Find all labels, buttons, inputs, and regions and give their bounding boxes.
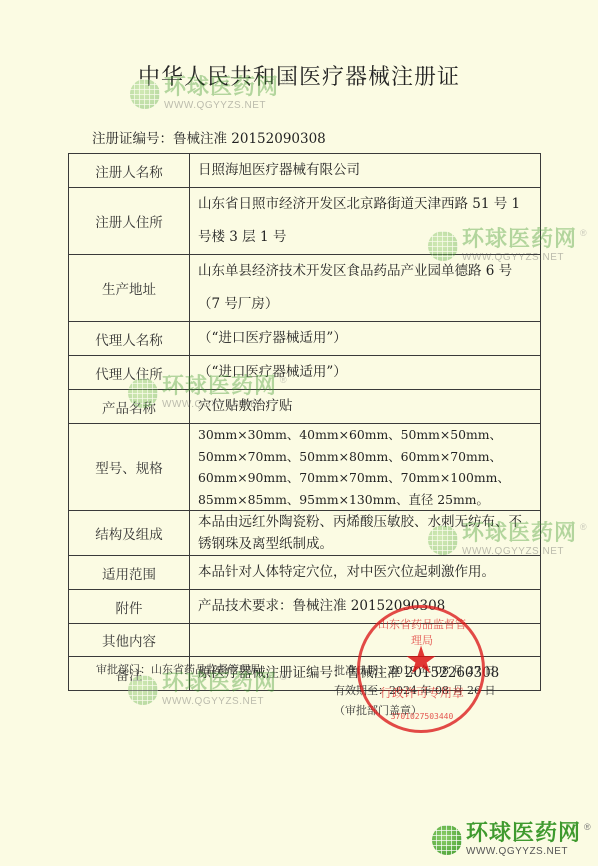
table-row: 结构及组成 本品由远红外陶瓷粉、丙烯酸压敏胶、水刺无纺布、不锈钢珠及离型纸制成。: [69, 511, 541, 556]
row-label-model-spec: 型号、规格: [69, 424, 190, 511]
globe-icon: [432, 825, 462, 855]
row-label-production-address: 生产地址: [69, 255, 190, 322]
table-row: 注册人名称 日照海旭医疗器械有限公司: [69, 154, 541, 188]
table-row: 生产地址 山东单县经济技术开发区食品药品产业园单德路 6 号（7 号厂房）: [69, 255, 541, 322]
approval-date: 批准日期：2019 年 08 月 27 日: [334, 661, 495, 681]
table-row: 型号、规格 30mm×30mm、40mm×60mm、50mm×50mm、50mm…: [69, 424, 541, 511]
certificate-title: 中华人民共和国医疗器械注册证: [0, 60, 598, 91]
row-value-model-spec: 30mm×30mm、40mm×60mm、50mm×50mm、50mm×70mm、…: [190, 424, 541, 511]
row-label-agent-name: 代理人名称: [69, 322, 190, 356]
row-value-attachment: 产品技术要求：鲁械注准 20152090308: [190, 590, 541, 624]
row-value-registrant-address: 山东省日照市经济开发区北京路街道天津西路 51 号 1 号楼 3 层 1 号: [190, 188, 541, 255]
row-value-structure: 本品由远红外陶瓷粉、丙烯酸压敏胶、水刺无纺布、不锈钢珠及离型纸制成。: [190, 511, 541, 556]
table-row: 代理人名称 （“进口医疗器械适用”）: [69, 322, 541, 356]
certificate-table: 注册人名称 日照海旭医疗器械有限公司 注册人住所 山东省日照市经济开发区北京路街…: [68, 153, 541, 691]
registration-number-value: 鲁械注准 20152090308: [173, 131, 326, 147]
registration-number-label: 注册证编号：: [92, 131, 173, 147]
row-label-structure: 结构及组成: [69, 511, 190, 556]
watermark-url: WWW.QGYYZS.NET: [466, 846, 581, 857]
registered-mark-icon: ®: [580, 522, 587, 532]
row-label-other: 其他内容: [69, 624, 190, 657]
row-label-registrant-address: 注册人住所: [69, 188, 190, 255]
row-value-agent-address: （“进口医疗器械适用”）: [190, 356, 541, 390]
row-label-product-name: 产品名称: [69, 390, 190, 424]
row-value-registrant-name: 日照海旭医疗器械有限公司: [190, 154, 541, 188]
row-label-agent-address: 代理人住所: [69, 356, 190, 390]
row-value-other: [190, 624, 541, 657]
row-value-production-address: 山东单县经济技术开发区食品药品产业园单德路 6 号（7 号厂房）: [190, 255, 541, 322]
table-row: 其他内容: [69, 624, 541, 657]
table-row: 产品名称 穴位贴敷治疗贴: [69, 390, 541, 424]
row-label-scope: 适用范围: [69, 556, 190, 590]
row-label-registrant-name: 注册人名称: [69, 154, 190, 188]
table-row: 注册人住所 山东省日照市经济开发区北京路街道天津西路 51 号 1 号楼 3 层…: [69, 188, 541, 255]
table-row: 附件 产品技术要求：鲁械注准 20152090308: [69, 590, 541, 624]
registered-mark-icon: ®: [584, 822, 591, 832]
approval-dates-block: 批准日期：2019 年 08 月 27 日 有效期至：2024 年 08 月 2…: [334, 661, 495, 721]
watermark-logo: 环球医药网WWW.QGYYZS.NET ®: [432, 822, 591, 857]
watermark-url: WWW.QGYYZS.NET: [164, 100, 279, 111]
valid-until-date: 有效期至：2024 年 08 月 26 日: [334, 681, 495, 701]
watermark-name: 环球医药网: [466, 822, 581, 846]
row-label-attachment: 附件: [69, 590, 190, 624]
watermark-url: WWW.QGYYZS.NET: [162, 696, 277, 707]
table-row: 代理人住所 （“进口医疗器械适用”）: [69, 356, 541, 390]
row-value-agent-name: （“进口医疗器械适用”）: [190, 322, 541, 356]
row-value-product-name: 穴位贴敷治疗贴: [190, 390, 541, 424]
approval-department: 审批部门：山东省药品监督管理局: [96, 661, 261, 677]
row-value-scope: 本品针对人体特定穴位，对中医穴位起刺激作用。: [190, 556, 541, 590]
registered-mark-icon: ®: [580, 228, 587, 238]
registration-number-line: 注册证编号：鲁械注准 20152090308: [92, 127, 326, 147]
table-row: 适用范围 本品针对人体特定穴位，对中医穴位起刺激作用。: [69, 556, 541, 590]
seal-note: （审批部门盖章）: [334, 701, 495, 721]
